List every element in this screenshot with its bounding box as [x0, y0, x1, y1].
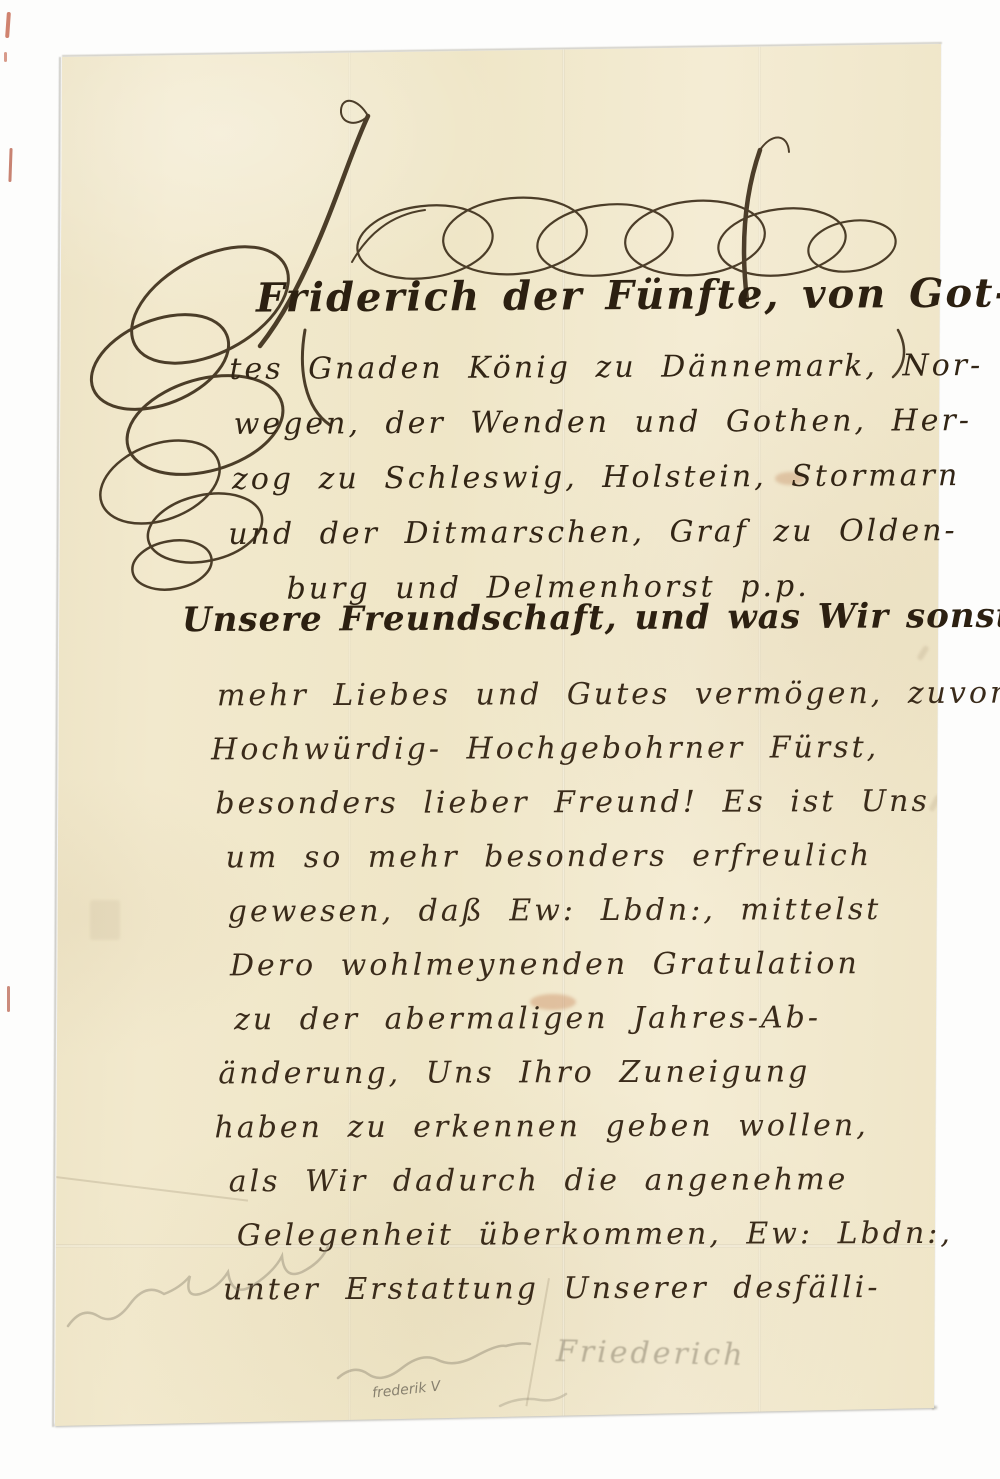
showthrough-mark	[90, 900, 120, 940]
royal-name-line: Friderich der Fünfte, von Got-	[256, 269, 1000, 321]
manuscript-line: änderung, Uns Ihro Zuneigung	[218, 1045, 1000, 1102]
manuscript-line: und der Ditmarschen, Graf zu Olden-	[228, 503, 984, 562]
manuscript-line: um so mehr besonders erfreulich	[225, 829, 1000, 886]
royal-titles-block: tes Gnaden König zu Dännemark, Nor- wege…	[217, 338, 984, 617]
scan-speck	[5, 12, 11, 38]
manuscript-line: zog zu Schleswig, Holstein, Stormarn	[232, 448, 984, 507]
manuscript-line: haben zu erkennen geben wollen,	[214, 1099, 1000, 1156]
showthrough-mark	[916, 645, 930, 662]
letter-body-block: mehr Liebes und Gutes vermögen, zuvor. H…	[209, 667, 1000, 1318]
manuscript-line: unter Erstattung Unserer desfälli-	[223, 1261, 1000, 1318]
manuscript-line: Dero wohlmeynenden Gratulation	[230, 937, 1000, 994]
scan-speck	[7, 986, 10, 1012]
manuscript-line: mehr Liebes und Gutes vermögen, zuvor.	[217, 667, 1000, 724]
manuscript-line: gewesen, daß Ew: Lbdn:, mittelst	[228, 883, 1000, 940]
manuscript-line: als Wir dadurch die angenehme	[229, 1153, 1000, 1210]
manuscript-line: tes Gnaden König zu Dännemark, Nor-	[229, 338, 983, 397]
scan-speck	[4, 52, 7, 62]
scan-background: Friderich der Fünfte, von Got- tes Gnade…	[0, 0, 1000, 1479]
manuscript-line: Hochwürdig- Hochgebohrner Fürst,	[211, 721, 1000, 778]
scan-speck	[8, 148, 12, 182]
manuscript-line: wegen, der Wenden und Gothen, Her-	[234, 393, 984, 452]
manuscript-line: Gelegenheit überkommen, Ew: Lbdn:,	[237, 1207, 1000, 1264]
salutation-line: Unsere Freundschaft, und was Wir sonst,	[182, 596, 1000, 640]
showthrough-name: Friederich	[556, 1334, 746, 1373]
manuscript-line: besonders lieber Freund! Es ist Uns	[215, 775, 1000, 832]
manuscript-line: zu der abermaligen Jahres-Ab-	[234, 991, 1000, 1048]
